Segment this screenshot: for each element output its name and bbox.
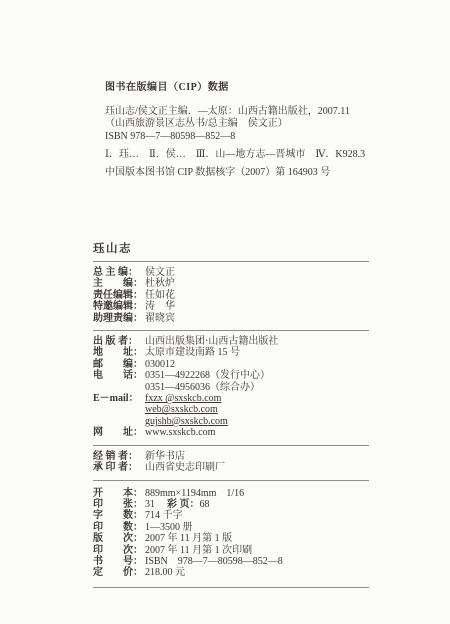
cip-record-number: 中国版本图书馆 CIP 数据核字（2007）第 164903 号 [105,167,365,180]
row-label: 书 号： [93,556,145,567]
divider [93,587,369,588]
wordcount-row: 字 数：714 千字 [93,510,369,521]
row-label: 网 址： [93,427,145,438]
editor-row: 责任编辑：任如花 [93,290,369,301]
website-url: www.sxskcb.com [145,427,215,438]
row-label: 出 版 者： [93,336,145,347]
email-address: web@sxskcb.com [145,404,218,415]
printer-row: 承 印 者：山西省史志印刷厂 [93,462,369,473]
row-label: 定 价： [93,567,145,578]
format-row: 开 本：889mm×1194mm 1/16 [93,488,369,499]
row-label: 邮 编： [93,359,145,370]
email-row: E－mail：fxzx @sxskcb.com [93,393,369,404]
row-value: 山西省史志印刷厂 [145,462,225,473]
row-value: 31 [145,499,155,510]
row-label: 责任编辑： [93,290,145,301]
row-value: 杜秋炉 [145,278,175,289]
sheets-row: 印 张：31彩 页：68 [93,499,369,510]
phone-row: 0351—4956036（综合办） [93,382,369,393]
row-label: 电 话： [93,370,145,381]
row-value: 218.00 元 [145,567,185,578]
cip-line-isbn: ISBN 978—7—80598—852—8 [105,131,365,144]
editor-row: 特邀编辑：涛 华 [93,301,369,312]
printrun-row: 印 数：1—3500 册 [93,522,369,533]
row-value: 0351—4956036（综合办） [145,382,260,393]
price-row: 定 价：218.00 元 [93,567,369,578]
cip-block: 图书在版编目（CIP）数据 珏山志/侯文正主编．—太原：山西古籍出版社，2007… [105,82,365,179]
row-value: 030012 [145,359,175,370]
edition-row: 版 次：2007 年 11 月第 1 版 [93,533,369,544]
email-address: gujshb@sxskcb.com [145,416,228,427]
publisher-section: 出 版 者：山西出版集团·山西古籍出版社 地 址：太原市建设南路 15 号 邮 … [93,331,369,445]
editors-section: 总 主 编：侯文正 主 编：杜秋炉 责任编辑：任如花 特邀编辑：涛 华 助理责编… [93,262,369,330]
editor-row: 助理责编：翟晓宾 [93,313,369,324]
address-row: 地 址：太原市建设南路 15 号 [93,347,369,358]
row-label: 承 印 者： [93,462,145,473]
row-label: 主 编： [93,278,145,289]
distributor-row: 经 销 者：新华书店 [93,451,369,462]
row-label: E－mail： [93,393,145,404]
row-value: 0351—4922268（发行中心） [145,370,270,381]
impression-row: 印 次：2007 年 11 月第 1 次印刷 [93,545,369,556]
postcode-row: 邮 编：030012 [93,359,369,370]
colophon-page: 图书在版编目（CIP）数据 珏山志/侯文正主编．—太原：山西古籍出版社，2007… [0,0,450,624]
email-row: gujshb@sxskcb.com [93,416,369,427]
email-row: web@sxskcb.com [93,404,369,415]
distribution-section: 经 销 者：新华书店 承 印 者：山西省史志印刷厂 [93,446,369,480]
row-value: 太原市建设南路 15 号 [145,347,240,358]
row-value: 涛 华 [145,301,175,312]
row-label: 版 次： [93,533,145,544]
row-value: 714 千字 [145,510,183,521]
row-label-secondary: 彩 页： [167,499,200,510]
row-value: 翟晓宾 [145,313,175,324]
phone-row: 电 话：0351—4922268（发行中心） [93,370,369,381]
editor-row: 总 主 编：侯文正 [93,267,369,278]
row-label: 开 本： [93,488,145,499]
row-label: 助理责编： [93,313,145,324]
row-value: 任如花 [145,290,175,301]
row-label: 字 数： [93,510,145,521]
row-label: 特邀编辑： [93,301,145,312]
row-value: 侯文正 [145,267,175,278]
row-label: 印 数： [93,522,145,533]
row-value: 2007 年 11 月第 1 次印刷 [145,545,252,556]
row-value: 2007 年 11 月第 1 版 [145,533,232,544]
website-row: 网 址：www.sxskcb.com [93,427,369,438]
row-value: ISBN 978—7—80598—852—8 [145,556,283,567]
row-value-secondary: 68 [200,499,210,510]
isbn-row: 书 号：ISBN 978—7—80598—852—8 [93,556,369,567]
row-value: 山西出版集团·山西古籍出版社 [145,336,278,347]
row-value: 1—3500 册 [145,522,193,533]
row-label: 印 张： [93,499,145,510]
colophon-main: 珏山志 总 主 编：侯文正 主 编：杜秋炉 责任编辑：任如花 特邀编辑：涛 华 … [93,240,369,588]
row-label: 总 主 编： [93,267,145,278]
cip-classification: Ⅰ．珏… Ⅱ．侯… Ⅲ．山—地方志—晋城市 Ⅳ．K928.3 [105,149,365,162]
specs-section: 开 本：889mm×1194mm 1/16 印 张：31彩 页：68 字 数：7… [93,481,369,587]
row-value: 889mm×1194mm 1/16 [145,488,244,499]
cip-line-series: （山西旅游景区志丛书/总主编 侯文正） [105,118,365,131]
book-title: 珏山志 [93,240,369,256]
row-label: 经 销 者： [93,451,145,462]
cip-line-title: 珏山志/侯文正主编．—太原：山西古籍出版社，2007.11 [105,106,365,119]
email-address: fxzx @sxskcb.com [145,393,221,404]
row-label: 地 址： [93,347,145,358]
cip-header: 图书在版编目（CIP）数据 [105,82,365,95]
publisher-row: 出 版 者：山西出版集团·山西古籍出版社 [93,336,369,347]
editor-row: 主 编：杜秋炉 [93,278,369,289]
row-label: 印 次： [93,545,145,556]
row-value: 新华书店 [145,451,185,462]
